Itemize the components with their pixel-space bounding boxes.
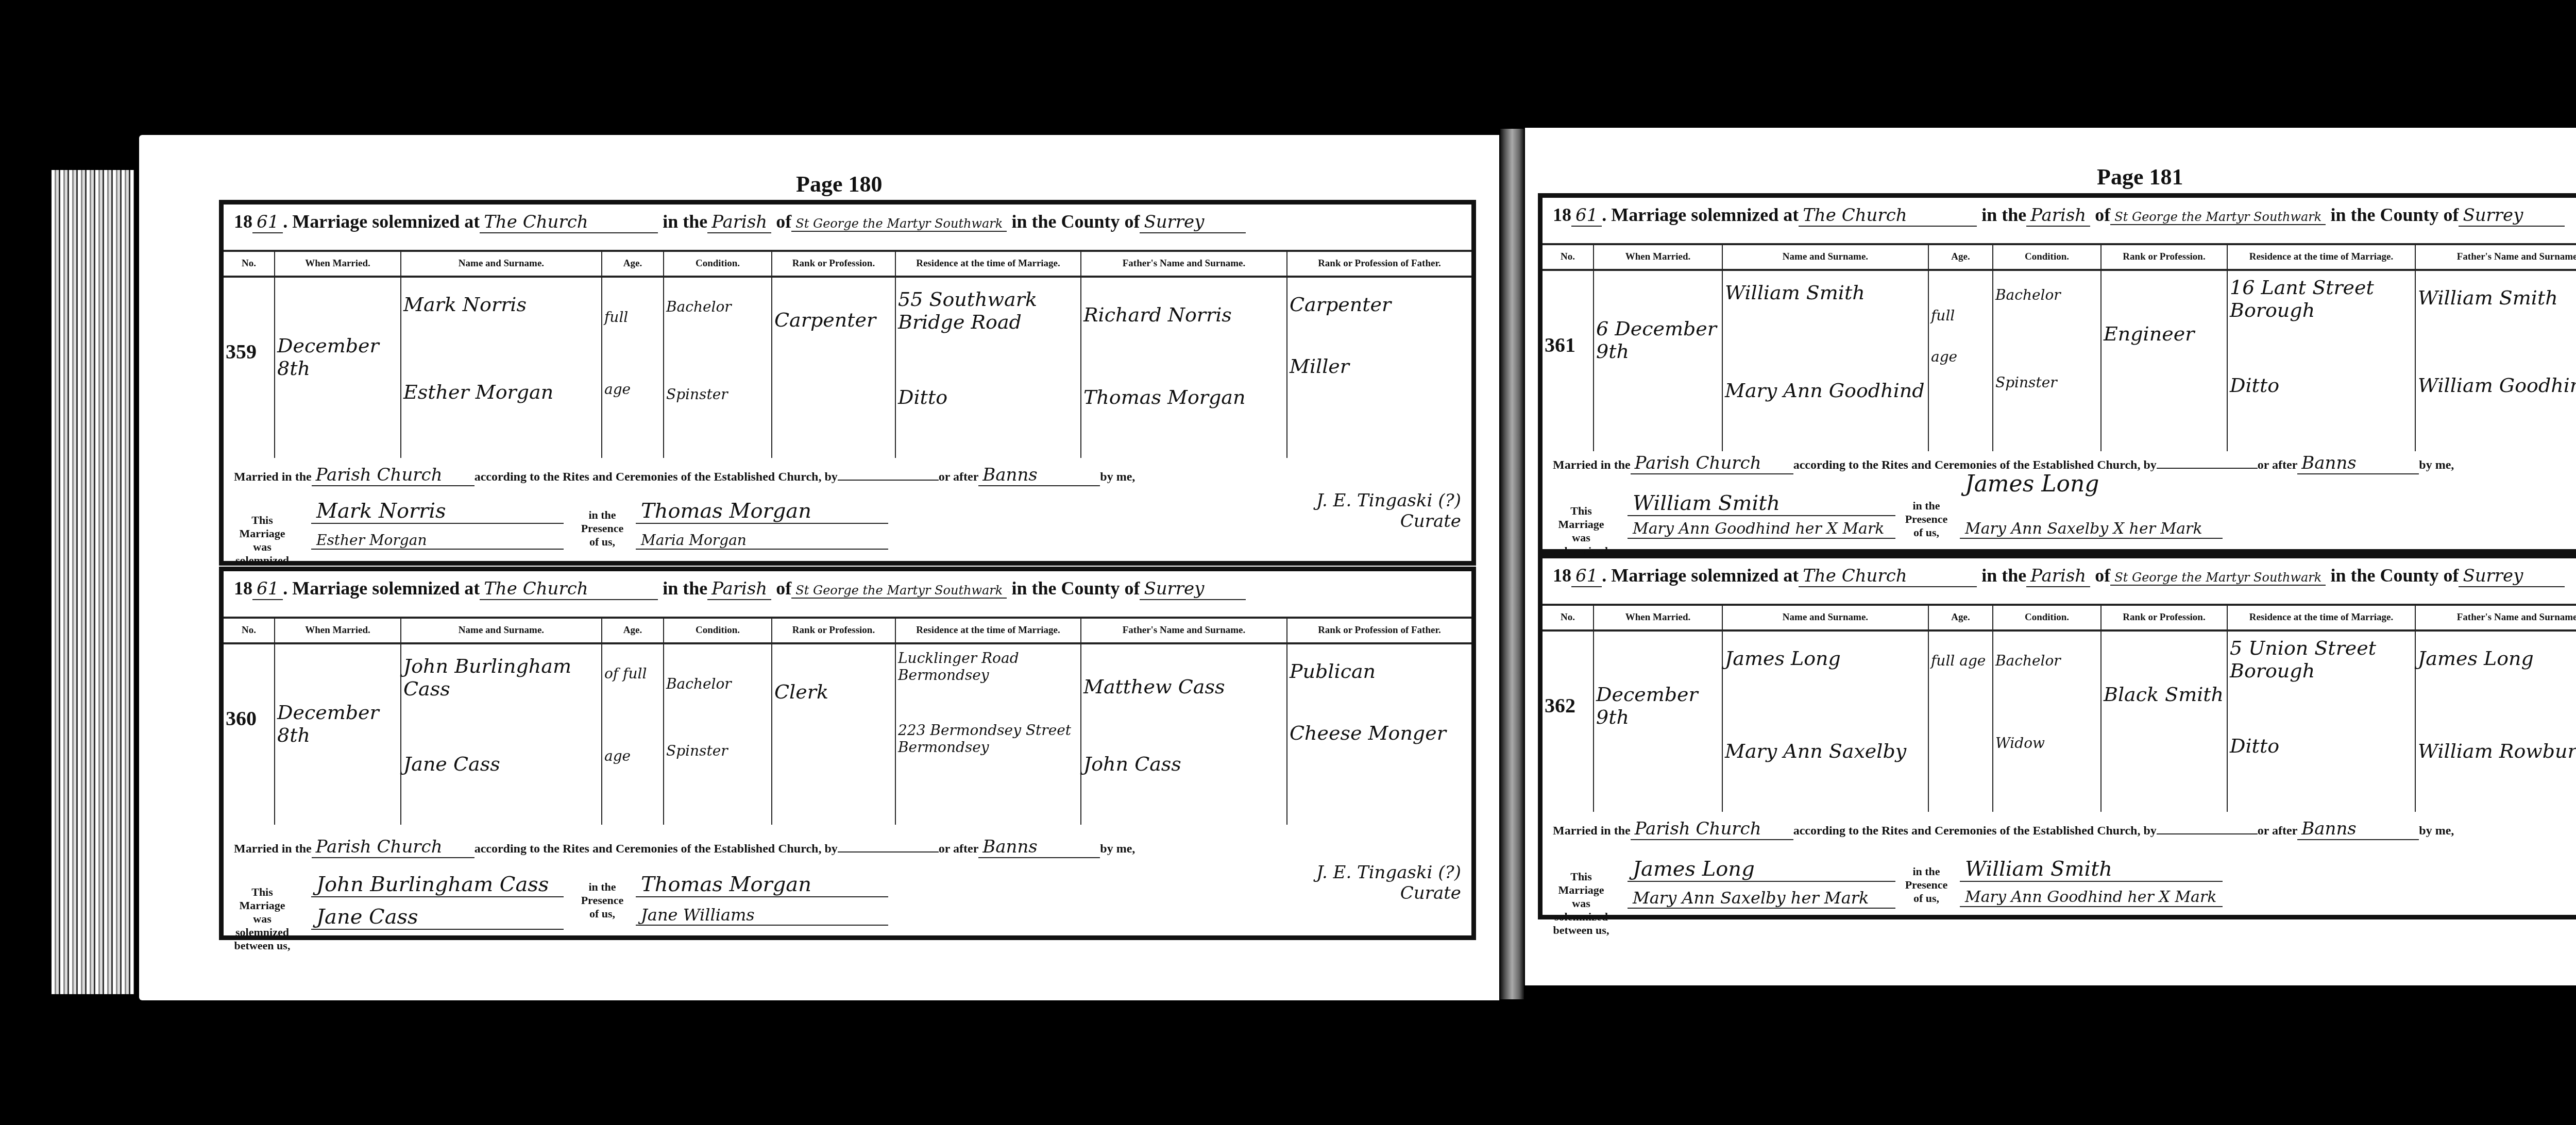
witness-1: James Long — [1960, 471, 2223, 497]
bride-father: Thomas Morgan — [1083, 386, 1284, 408]
bride-father: John Cass — [1083, 753, 1284, 775]
witness-1: William Smith — [1960, 857, 2223, 882]
groom-signature: John Burlingham Cass — [311, 873, 564, 897]
married-in-line: Married in the Parish Church according t… — [234, 837, 1461, 858]
witness-2: Jane Williams — [636, 905, 888, 926]
bride-age: age — [604, 747, 661, 764]
groom-residence: 5 Union Street Borough — [2230, 637, 2413, 682]
entry-heading: 1861. Marriage solemnized at The Church … — [234, 211, 1461, 247]
bride-name: Mary Ann Goodhind — [1725, 379, 1926, 402]
presence-label: in the Presence of us, — [579, 508, 625, 549]
groom-condition: Bachelor — [666, 675, 769, 692]
bride-name: Jane Cass — [403, 753, 599, 775]
bride-signature: Jane Cass — [311, 905, 564, 930]
page-number-left: Page 180 — [796, 171, 882, 197]
bride-condition: Spinster — [666, 386, 769, 403]
bride-signature: Mary Ann Goodhind her X Mark — [1628, 520, 1895, 539]
groom-signature: William Smith — [1628, 491, 1895, 516]
bride-father-profession: Miller — [1290, 355, 1469, 378]
left-page-edges — [52, 170, 134, 994]
bride-father-profession: Cheese Monger — [1290, 722, 1469, 744]
bride-age: age — [604, 381, 661, 398]
witness-1: Thomas Morgan — [636, 873, 888, 897]
marriage-entry-361: 1861. Marriage solemnized at The Church … — [1538, 193, 2576, 554]
entry-columns: No. 361 When Married. 6 December 9th Nam… — [1543, 243, 2576, 451]
groom-profession: Clerk — [774, 680, 893, 703]
entry-number: 360 — [226, 706, 272, 730]
groom-name: James Long — [1725, 647, 1926, 670]
groom-age: full — [604, 309, 661, 326]
bride-condition: Widow — [1995, 735, 2098, 752]
entry-heading: 1861. Marriage solemnized at The Church … — [234, 577, 1461, 613]
groom-residence: Lucklinger Road Bermondsey — [898, 650, 1078, 684]
bride-residence: Ditto — [898, 386, 1078, 408]
marriage-entry-360: 1861. Marriage solemnized at The Church … — [219, 567, 1476, 940]
groom-father-profession: Publican — [1290, 660, 1469, 683]
groom-signature: James Long — [1628, 857, 1895, 882]
groom-father: Richard Norris — [1083, 303, 1284, 326]
entry-heading: 1861. Marriage solemnized at The Church … — [1553, 565, 2576, 601]
groom-profession: Engineer — [2104, 322, 2225, 345]
presence-label: in the Presence of us, — [1903, 499, 1950, 539]
bride-signature: Esther Morgan — [311, 532, 564, 550]
bride-residence: Ditto — [2230, 374, 2413, 397]
entry-number: 361 — [1545, 333, 1591, 357]
book-gutter — [1500, 129, 1524, 999]
bride-condition: Spinster — [1995, 374, 2098, 391]
bride-signature: Mary Ann Saxelby her Mark — [1628, 888, 1895, 909]
groom-father-profession: Carpenter — [1290, 293, 1469, 316]
groom-father: Matthew Cass — [1083, 675, 1284, 698]
minister-signature: J. E. Tingaski (?) Curate — [1316, 490, 1461, 532]
entry-number: 362 — [1545, 693, 1591, 718]
married-in-line: Married in the Parish Church according t… — [1553, 819, 2576, 840]
when-married: 6 December 9th — [1596, 317, 1720, 363]
groom-father: James Long — [2418, 647, 2576, 670]
witness-2: Mary Ann Saxelby X her Mark — [1960, 520, 2223, 539]
when-married: December 8th — [277, 334, 398, 380]
marriage-entry-359: 1861. Marriage solemnized at The Church … — [219, 200, 1476, 566]
presence-label: in the Presence of us, — [1903, 865, 1950, 905]
bride-name: Esther Morgan — [403, 381, 599, 403]
entry-columns: No. 359 When Married. December 8th Name … — [224, 250, 1471, 458]
bride-name: Mary Ann Saxelby — [1725, 740, 1926, 762]
groom-profession: Black Smith — [2104, 683, 2225, 706]
groom-name: John Burlingham Cass — [403, 655, 599, 700]
entry-columns: No. 360 When Married. December 8th Name … — [224, 617, 1471, 825]
presence-label: in the Presence of us, — [579, 880, 625, 921]
entry-number: 359 — [226, 339, 272, 364]
entry-columns: No. 362 When Married. December 9th Name … — [1543, 604, 2576, 812]
solemnized-between-label: This Marriage was solemnized between us, — [1553, 870, 1609, 937]
when-married: December 8th — [277, 701, 398, 746]
groom-condition: Bachelor — [666, 298, 769, 315]
groom-profession: Carpenter — [774, 309, 893, 331]
witness-2: Mary Ann Goodhind her X Mark — [1960, 888, 2223, 907]
groom-age: full — [1931, 307, 1990, 324]
bride-father: William Rowbury — [2418, 740, 2576, 762]
bride-condition: Spinster — [666, 742, 769, 759]
bride-residence: Ditto — [2230, 735, 2413, 757]
bride-age: age — [1931, 348, 1990, 365]
groom-residence: 55 Southwark Bridge Road — [898, 288, 1078, 333]
groom-father: William Smith — [2418, 286, 2576, 309]
when-married: December 9th — [1596, 683, 1720, 728]
groom-age: full age — [1931, 652, 1990, 669]
marriage-entry-362: 1861. Marriage solemnized at The Church … — [1538, 554, 2576, 919]
bride-residence: 223 Bermondsey Street Bermondsey — [898, 722, 1078, 756]
entry-heading: 1861. Marriage solemnized at The Church … — [1553, 204, 2576, 240]
groom-name: Mark Norris — [403, 293, 599, 316]
minister-signature: J. E. Tingaski (?) Curate — [1316, 862, 1461, 904]
bride-father: William Goodhind — [2418, 374, 2576, 397]
married-in-line: Married in the Parish Church according t… — [234, 465, 1461, 486]
witness-2: Maria Morgan — [636, 532, 888, 550]
groom-name: William Smith — [1725, 281, 1926, 304]
groom-condition: Bachelor — [1995, 286, 2098, 303]
groom-condition: Bachelor — [1995, 652, 2098, 669]
groom-signature: Mark Norris — [311, 499, 564, 524]
groom-residence: 16 Lant Street Borough — [2230, 276, 2413, 321]
page-number-right: Page 181 — [2097, 164, 2183, 190]
groom-age: of full — [604, 665, 661, 682]
witness-1: Thomas Morgan — [636, 499, 888, 524]
solemnized-between-label: This Marriage was solemnized between us, — [234, 885, 291, 952]
